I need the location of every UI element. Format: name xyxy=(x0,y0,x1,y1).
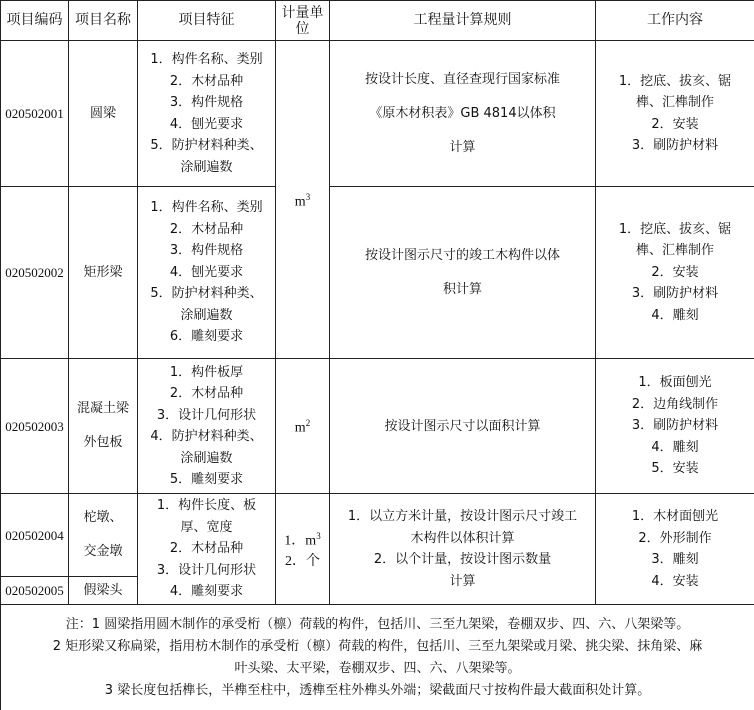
feature-line: 1．构件名称、类别 xyxy=(140,197,273,219)
work-line: 4．安装 xyxy=(598,571,752,593)
work-line: 3．刷防护材料 xyxy=(598,283,752,305)
header-rule: 工程量计算规则 xyxy=(330,1,596,41)
work-line: 2．安装 xyxy=(598,262,752,284)
feature-line: 4．刨光要求 xyxy=(140,114,273,136)
header-row: 项目编码 项目名称 项目特征 计量单 位 工程量计算规则 工作内容 xyxy=(1,1,754,41)
feature-line: 4．防护材料种类、 xyxy=(140,426,273,448)
header-unit: 计量单 位 xyxy=(276,1,330,41)
feature-line: 厚、宽度 xyxy=(140,517,273,539)
unit-prefix: 1． xyxy=(284,534,305,549)
rule-line: 积计算 xyxy=(332,273,593,307)
item-name: 矩形梁 xyxy=(69,187,138,359)
item-unit: m3 xyxy=(276,41,330,359)
feature-line: 4．雕刻要求 xyxy=(140,581,273,603)
table-row: 020502002 矩形梁 1．构件名称、类别 2．木材品种 3．构件规格 4．… xyxy=(1,187,754,359)
item-features: 1．构件板厚 2．木材品种 3．设计几何形状 4．防护材料种类、 涂刷遍数 5．… xyxy=(138,359,276,494)
feature-line: 2．木材品种 xyxy=(140,383,273,405)
item-name: 圆梁 xyxy=(69,41,138,187)
work-line: 2．边角线制作 xyxy=(598,394,752,416)
header-name: 项目名称 xyxy=(69,1,138,41)
feature-line: 5．雕刻要求 xyxy=(140,469,273,491)
unit-superscript: 2 xyxy=(306,418,311,428)
work-line: 3．刷防护材料 xyxy=(598,415,752,437)
item-name: 混凝土梁 外包板 xyxy=(69,359,138,494)
rule-line: 按设计长度、直径查现行国家标准 xyxy=(332,63,593,97)
beam-quantity-table: 项目编码 项目名称 项目特征 计量单 位 工程量计算规则 工作内容 020502… xyxy=(0,0,754,710)
header-unit-line1: 计量单 xyxy=(278,5,327,21)
feature-line: 2．木材品种 xyxy=(140,219,273,241)
item-unit: 1．m3 2．个 xyxy=(276,494,330,605)
item-work: 1．挖底、拔亥、锯 榫、汇榫制作 2．安装 3．刷防护材料 4．雕刻 xyxy=(596,187,754,359)
feature-line: 6．雕刻要求 xyxy=(140,326,273,348)
name-line: 混凝土梁 xyxy=(71,392,135,426)
rule-line: 计算 xyxy=(332,131,593,165)
item-features: 1．构件名称、类别 2．木材品种 3．构件规格 4．刨光要求 5．防护材料种类、… xyxy=(138,187,276,359)
item-features: 1．构件名称、类别 2．木材品种 3．构件规格 4．刨光要求 5．防护材料种类、… xyxy=(138,41,276,187)
work-line: 4．雕刻 xyxy=(598,305,752,327)
notes: 注：1 圆梁指用圆木制作的承受桁（檩）荷载的构件，包括川、三至九架梁，卷棚双步、… xyxy=(1,605,754,710)
feature-line: 3．设计几何形状 xyxy=(140,405,273,427)
item-work: 1．板面刨光 2．边角线制作 3．刷防护材料 4．雕刻 5．安装 xyxy=(596,359,754,494)
work-line: 1．挖底、拔亥、锯 xyxy=(598,219,752,241)
work-line: 2．安装 xyxy=(598,114,752,136)
work-line: 1．挖底、拔亥、锯 xyxy=(598,71,752,93)
work-line: 榫、汇榫制作 xyxy=(598,92,752,114)
name-line: 交金墩 xyxy=(71,535,135,569)
name-line: 柁墩、 xyxy=(71,501,135,535)
table-row: 020502004 柁墩、 交金墩 1．构件长度、板 厚、宽度 2．木材品种 3… xyxy=(1,494,754,577)
note-line: 叶头梁、太平梁，卷棚双步、四、六、八架梁等。 xyxy=(5,658,750,680)
feature-line: 3．设计几何形状 xyxy=(140,560,273,582)
item-name: 柁墩、 交金墩 xyxy=(69,494,138,577)
item-unit: m2 xyxy=(276,359,330,494)
item-rule: 按设计图示尺寸以面积计算 xyxy=(330,359,596,494)
feature-line: 5．防护材料种类、 xyxy=(140,135,273,157)
notes-row: 注：1 圆梁指用圆木制作的承受桁（檩）荷载的构件，包括川、三至九架梁，卷棚双步、… xyxy=(1,605,754,710)
rule-line: 2．以个计量，按设计图示数量 xyxy=(332,549,593,571)
unit-superscript: 3 xyxy=(306,192,311,202)
item-code: 020502005 xyxy=(1,577,69,605)
work-line: 榫、汇榫制作 xyxy=(598,240,752,262)
rule-line: 《原木材积表》GB 4814以体积 xyxy=(332,97,593,131)
work-line: 1．板面刨光 xyxy=(598,372,752,394)
item-code: 020502003 xyxy=(1,359,69,494)
header-features: 项目特征 xyxy=(138,1,276,41)
work-line: 3．刷防护材料 xyxy=(598,135,752,157)
rule-line: 按设计图示尺寸的竣工木构件以体 xyxy=(332,239,593,273)
item-code: 020502001 xyxy=(1,41,69,187)
rule-line: 计算 xyxy=(332,571,593,593)
work-line: 5．安装 xyxy=(598,458,752,480)
item-name: 假梁头 xyxy=(69,577,138,605)
feature-line: 2．木材品种 xyxy=(140,71,273,93)
name-line: 外包板 xyxy=(71,426,135,460)
feature-line: 5．防护材料种类、 xyxy=(140,283,273,305)
work-line: 4．雕刻 xyxy=(598,437,752,459)
feature-line: 涂刷遍数 xyxy=(140,305,273,327)
item-code: 020502004 xyxy=(1,494,69,577)
item-rule: 按设计图示尺寸的竣工木构件以体 积计算 xyxy=(330,187,596,359)
unit-superscript: 3 xyxy=(316,531,321,541)
feature-line: 3．构件规格 xyxy=(140,92,273,114)
rule-line: 木构件以体积计算 xyxy=(332,528,593,550)
unit-line: 2．个 xyxy=(278,552,327,572)
item-code: 020502002 xyxy=(1,187,69,359)
header-work: 工作内容 xyxy=(596,1,754,41)
item-features: 1．构件长度、板 厚、宽度 2．木材品种 3．设计几何形状 4．雕刻要求 xyxy=(138,494,276,605)
rule-line: 按设计图示尺寸以面积计算 xyxy=(332,416,593,437)
item-work: 1．木材面刨光 2．外形制作 3．雕刻 4．安装 xyxy=(596,494,754,605)
unit-base: m xyxy=(295,194,306,209)
work-line: 3．雕刻 xyxy=(598,549,752,571)
header-code: 项目编码 xyxy=(1,1,69,41)
header-unit-line2: 位 xyxy=(278,21,327,37)
rule-line: 1．以立方米计量，按设计图示尺寸竣工 xyxy=(332,506,593,528)
work-line: 1．木材面刨光 xyxy=(598,506,752,528)
table-row: 020502003 混凝土梁 外包板 1．构件板厚 2．木材品种 3．设计几何形… xyxy=(1,359,754,494)
feature-line: 涂刷遍数 xyxy=(140,157,273,179)
feature-line: 3．构件规格 xyxy=(140,240,273,262)
unit-line: 1．m3 xyxy=(278,526,327,552)
feature-line: 1．构件名称、类别 xyxy=(140,49,273,71)
note-line: 注：1 圆梁指用圆木制作的承受桁（檩）荷载的构件，包括川、三至九架梁，卷棚双步、… xyxy=(5,614,750,636)
unit-base: m xyxy=(295,421,306,436)
feature-line: 涂刷遍数 xyxy=(140,448,273,470)
unit-base: m xyxy=(305,534,316,549)
work-line: 2．外形制作 xyxy=(598,528,752,550)
feature-line: 1．构件长度、板 xyxy=(140,495,273,517)
table-row: 020502001 圆梁 1．构件名称、类别 2．木材品种 3．构件规格 4．刨… xyxy=(1,41,754,187)
note-line: 3 梁长度包括榫长，半榫至柱中，透榫至柱外榫头外端；梁截面尺寸按构件最大截面积处… xyxy=(5,680,750,702)
item-rule: 按设计长度、直径查现行国家标准 《原木材积表》GB 4814以体积 计算 xyxy=(330,41,596,187)
feature-line: 1．构件板厚 xyxy=(140,362,273,384)
feature-line: 4．刨光要求 xyxy=(140,262,273,284)
feature-line: 2．木材品种 xyxy=(140,538,273,560)
note-line: 2 矩形梁又称扁梁，指用枋木制作的承受桁（檩）荷载的构件，包括川、三至九架梁或月… xyxy=(5,636,750,658)
item-work: 1．挖底、拔亥、锯 榫、汇榫制作 2．安装 3．刷防护材料 xyxy=(596,41,754,187)
item-rule: 1．以立方米计量，按设计图示尺寸竣工 木构件以体积计算 2．以个计量，按设计图示… xyxy=(330,494,596,605)
